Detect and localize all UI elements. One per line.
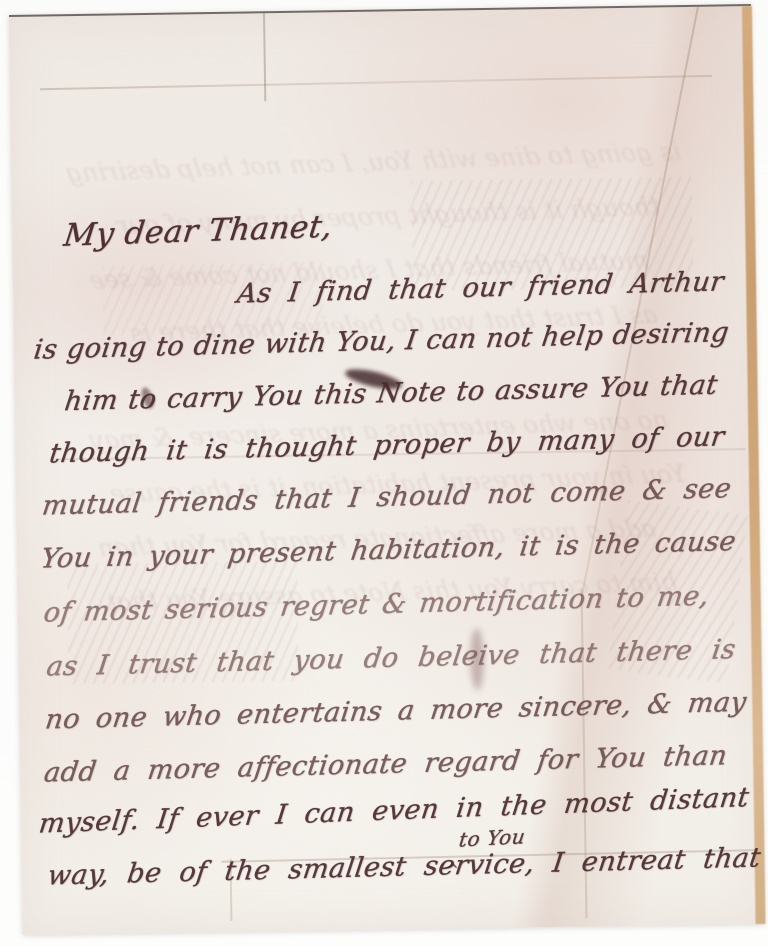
letter-line: of most serious regret & mortification t…	[42, 580, 711, 631]
letter-line: him to carry You this Note to assure You…	[63, 369, 720, 419]
scanned-letter: is going to dine with You, I can not hel…	[0, 0, 768, 946]
interlinear-insertion: to You	[458, 824, 527, 852]
letter-paper: is going to dine with You, I can not hel…	[9, 4, 765, 935]
letter-line: way, be of the smallest service, I entre…	[46, 841, 763, 893]
letter-salutation: My dear Thanet,	[61, 208, 334, 256]
letter-line: is going to dine with You, I can not hel…	[32, 316, 731, 367]
letter-line: add a more affectionate regard for You t…	[42, 739, 729, 790]
letter-line: though it is thought proper by many of o…	[47, 420, 726, 471]
letter-line: mutual friends that I should not come & …	[40, 472, 733, 523]
letter-line: no one who entertains a more sincere, & …	[43, 686, 748, 738]
letter-line: as I trust that you do beleive that ther…	[44, 633, 737, 684]
letter-line: myself. If ever I can even in the most d…	[37, 781, 751, 841]
letter-line: You in your present habitation, it is th…	[39, 525, 738, 576]
letter-line: As I find that our friend Arthur	[235, 265, 726, 311]
insertion-caret: ^	[445, 860, 460, 879]
letter-body: My dear Thanet, As I find that our frien…	[9, 6, 765, 935]
